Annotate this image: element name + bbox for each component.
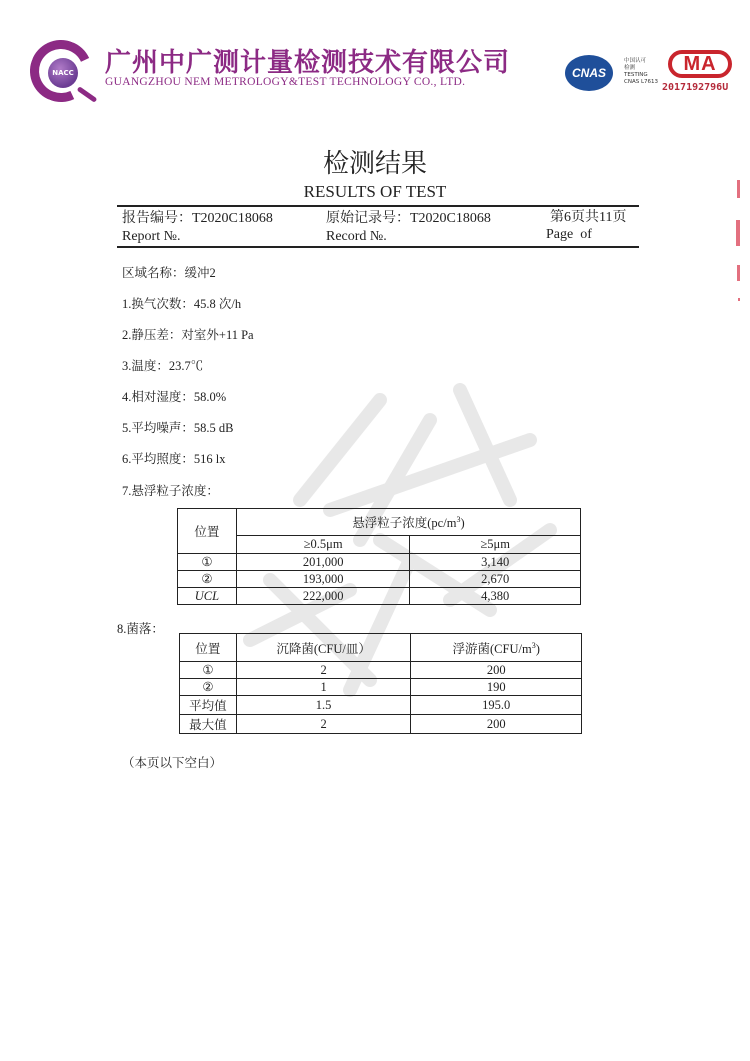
report-number: 报告编号：T2020C18068 <box>122 207 273 227</box>
cnas-line: 检测 <box>624 65 658 72</box>
table-row: ① 2 200 <box>180 662 582 679</box>
area-value: 缓冲2 <box>185 266 216 280</box>
item-temperature: 3.温度：23.7℃ <box>122 356 203 374</box>
cell-value: 200 <box>411 662 582 679</box>
record-label-cn: 原始记录号： <box>326 211 410 226</box>
item-static-pressure: 2.静压差：对室外+11 Pa <box>122 325 254 343</box>
item-label: 3.温度： <box>122 359 169 373</box>
cell-value: 195.0 <box>411 696 582 715</box>
report-no-value: T2020C18068 <box>192 211 273 226</box>
report-label-cn: 报告编号： <box>122 211 192 226</box>
page-label-en: Page of <box>546 227 592 243</box>
item-illuminance: 6.平均照度：516 lx <box>122 449 226 467</box>
cell-value: 193,000 <box>236 571 410 588</box>
item-particles-heading: 7.悬浮粒子浓度： <box>122 481 219 499</box>
cnas-line: CNAS L7613 <box>624 79 658 86</box>
cma-number: 2017192796U <box>662 82 728 93</box>
item-label: 4.相对湿度： <box>122 390 194 404</box>
bottom-divider <box>117 246 639 248</box>
company-name-en: GUANGZHOU NEM METROLOGY&TEST TECHNOLOGY … <box>105 76 465 88</box>
particle-header-row: 位置 悬浮粒子浓度(pc/m3) <box>178 509 581 536</box>
cell-value: 2,670 <box>410 571 581 588</box>
cell-value: 1 <box>236 679 411 696</box>
cell-value: 3,140 <box>410 554 581 571</box>
item-air-changes: 1.换气次数：45.8 次/h <box>122 294 241 312</box>
table-row: 最大值 2 200 <box>180 715 582 734</box>
area-label: 区域名称： <box>122 266 185 280</box>
header-close: ) <box>536 642 540 656</box>
colony-section-label: 8.菌落： <box>117 619 164 637</box>
item-value: 58.0% <box>194 390 226 404</box>
cell-value: 1.5 <box>236 696 411 715</box>
airborne-bacteria-header: 浮游菌(CFU/m3) <box>411 634 582 662</box>
colony-header-row: 位置 沉降菌(CFU/皿） 浮游菌(CFU/m3) <box>180 634 582 662</box>
item-humidity: 4.相对湿度：58.0% <box>122 387 226 405</box>
group-header-close: ) <box>460 516 464 530</box>
cell-value: 201,000 <box>236 554 410 571</box>
item-label: 5.平均噪声： <box>122 421 194 435</box>
record-number: 原始记录号：T2020C18068 <box>326 207 491 227</box>
page-indicator-cn: 第6页共11页 <box>550 206 626 226</box>
record-no-value: T2020C18068 <box>410 211 491 226</box>
position-header: 位置 <box>180 634 237 662</box>
row-position: ② <box>180 679 237 696</box>
item-noise: 5.平均噪声：58.5 dB <box>122 418 233 436</box>
nacc-badge-icon: NACC <box>48 58 78 88</box>
table-row: ① 201,000 3,140 <box>178 554 581 571</box>
report-label-en: Report №. <box>122 229 180 245</box>
cnas-line: 中国认可 <box>624 58 658 65</box>
particle-table: 位置 悬浮粒子浓度(pc/m3) ≥0.5μm ≥5μm ① 201,000 3… <box>177 508 581 605</box>
cnas-accreditation-text: 中国认可 检测 TESTING CNAS L7613 <box>624 58 658 86</box>
page-title-cn: 检测结果 <box>0 143 750 180</box>
settling-bacteria-header: 沉降菌(CFU/皿） <box>236 634 411 662</box>
cnas-logo-icon: CNAS <box>565 55 613 91</box>
row-position: ① <box>178 554 237 571</box>
cnas-line: TESTING <box>624 72 658 79</box>
cell-value: 2 <box>236 715 411 734</box>
position-header: 位置 <box>178 509 237 554</box>
area-name: 区域名称：缓冲2 <box>122 263 216 281</box>
row-position: ② <box>178 571 237 588</box>
footer-note: （本页以下空白） <box>122 753 222 771</box>
particle-group-header: 悬浮粒子浓度(pc/m3) <box>236 509 580 536</box>
item-label: 2.静压差： <box>122 328 181 342</box>
cell-value: 200 <box>411 715 582 734</box>
item-label: 7.悬浮粒子浓度： <box>122 484 219 498</box>
subheader-05um: ≥0.5μm <box>236 536 410 554</box>
item-value: 23.7℃ <box>169 359 203 373</box>
page-title-en: RESULTS OF TEST <box>0 182 750 202</box>
table-row: ② 193,000 2,670 <box>178 571 581 588</box>
cell-value: 222,000 <box>236 588 410 605</box>
table-row: 平均值 1.5 195.0 <box>180 696 582 715</box>
item-label: 1.换气次数： <box>122 297 194 311</box>
header-text: 浮游菌(CFU/m <box>453 642 532 656</box>
group-header-text: 悬浮粒子浓度(pc/m <box>352 516 456 530</box>
subheader-5um: ≥5μm <box>410 536 581 554</box>
row-position: 最大值 <box>180 715 237 734</box>
row-position: 平均值 <box>180 696 237 715</box>
cell-value: 190 <box>411 679 582 696</box>
colony-table: 位置 沉降菌(CFU/皿） 浮游菌(CFU/m3) ① 2 200 ② 1 19… <box>179 633 582 734</box>
row-position: ① <box>180 662 237 679</box>
table-row: ② 1 190 <box>180 679 582 696</box>
item-label: 6.平均照度： <box>122 452 194 466</box>
company-name-cn: 广州中广测计量检测技术有限公司 <box>105 42 510 79</box>
row-position: UCL <box>178 588 237 605</box>
item-value: 45.8 次/h <box>194 297 241 311</box>
seal-edge-icon <box>735 170 743 310</box>
cma-logo-icon: MA <box>668 50 732 78</box>
particle-subheader-row: ≥0.5μm ≥5μm <box>178 536 581 554</box>
cell-value: 4,380 <box>410 588 581 605</box>
item-value: 对室外+11 Pa <box>181 328 253 342</box>
item-value: 516 lx <box>194 452 226 466</box>
cell-value: 2 <box>236 662 411 679</box>
record-label-en: Record №. <box>326 229 387 245</box>
item-value: 58.5 dB <box>194 421 234 435</box>
table-row: UCL 222,000 4,380 <box>178 588 581 605</box>
